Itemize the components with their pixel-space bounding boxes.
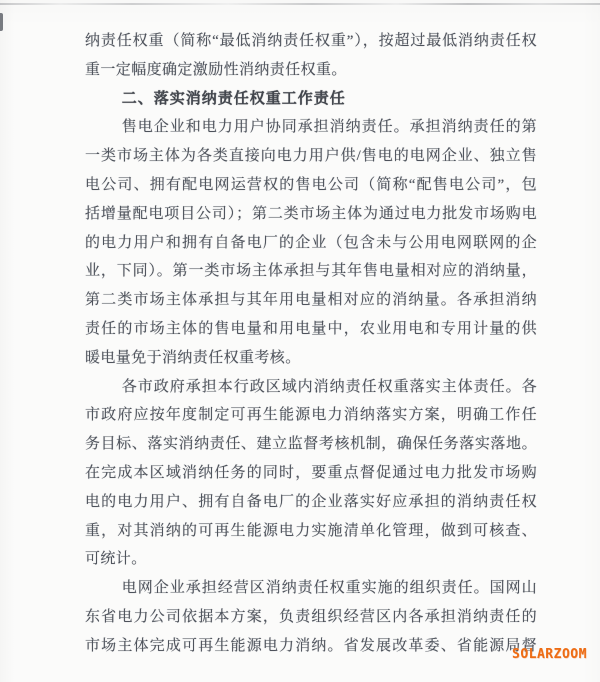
text-line: 售电企业和电力用户协同承担消纳责任。承担消纳责任的第: [85, 113, 537, 142]
document-page: 纳责任权重（简称“最低消纳责任权重”），按超过最低消纳责任权重一定幅度确定激励性…: [0, 0, 600, 682]
text-line: 在完成本区域消纳任务的同时，要重点督促通过电力批发市场购: [85, 459, 537, 488]
text-line: 市场主体完成可再生能源电力消纳。省发展改革委、省能源局督: [85, 632, 537, 661]
text-line: 的电力用户和拥有自备电厂的企业（包含未与公用电网联网的企: [85, 229, 537, 258]
text-line: 重，对其消纳的可再生能源电力实施清单化管理，做到可核查、: [85, 517, 537, 546]
text-line: 东省电力公司依据本方案，负责组织经营区内各承担消纳责任的: [85, 603, 537, 632]
text-line: 业，下同）。第一类市场主体承担与其年售电量相对应的消纳量，: [85, 257, 537, 286]
text-line: 暖电量免于消纳责任权重考核。: [85, 344, 537, 373]
text-line: 一类市场主体为各类直接向电力用户供/售电的电网企业、独立售: [85, 142, 537, 171]
text-line: 责任的市场主体的售电量和用电量中，农业用电和专用计量的供: [85, 315, 537, 344]
section-heading: 二、落实消纳责任权重工作责任: [85, 85, 537, 114]
text-line: 市政府应按年度制定可再生能源电力消纳落实方案，明确工作任: [85, 401, 537, 430]
scan-artifact-top-edge: [0, 3, 600, 5]
text-line: 纳责任权重（简称“最低消纳责任权重”），按超过最低消纳责任权: [85, 27, 537, 56]
text-line: 电网企业承担经营区消纳责任权重实施的组织责任。国网山: [85, 574, 537, 603]
text-line: 务目标、落实消纳责任、建立监督考核机制，确保任务落实落地。: [85, 430, 537, 459]
scan-artifact-left-mark: [0, 13, 3, 31]
text-line: 各市政府承担本行政区域内消纳责任权重落实主体责任。各: [85, 373, 537, 402]
text-line: 电公司、拥有配电网运营权的售电公司（简称“配售电公司”，包: [85, 171, 537, 200]
text-line: 电的电力用户、拥有自备电厂的企业落实好应承担的消纳责任权: [85, 488, 537, 517]
watermark-text: SOLARZOOM: [512, 648, 587, 662]
text-line: 可统计。: [85, 545, 537, 574]
text-line: 第二类市场主体承担与其年用电量相对应的消纳量。各承担消纳: [85, 286, 537, 315]
text-line: 括增量配电项目公司）；第二类市场主体为通过电力批发市场购电: [85, 200, 537, 229]
document-body: 纳责任权重（简称“最低消纳责任权重”），按超过最低消纳责任权重一定幅度确定激励性…: [85, 27, 537, 661]
text-line: 重一定幅度确定激励性消纳责任权重。: [85, 56, 537, 85]
